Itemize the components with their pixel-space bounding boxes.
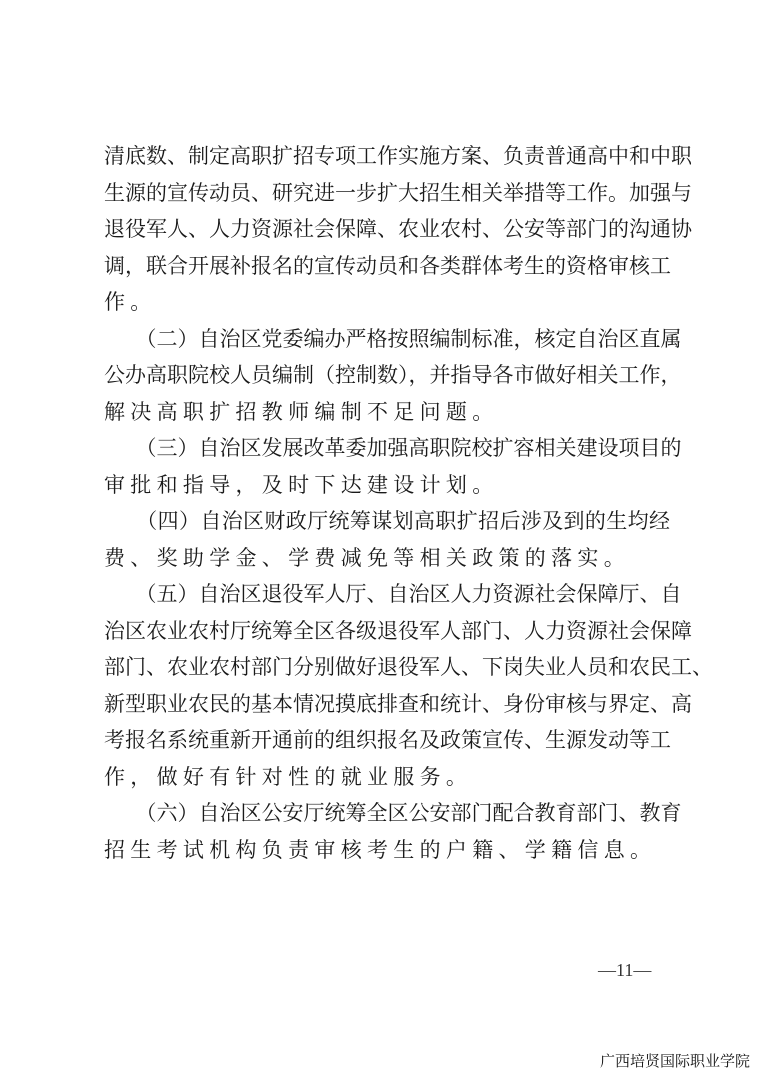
section-6-heading-line: （六）自治区公安厅统筹全区公安部门配合教育部门、教育 <box>104 798 670 828</box>
section-5-heading-line: （五）自治区退役军人厅、自治区人力资源社会保障厅、自 <box>104 579 670 609</box>
section-2-heading-line: （二）自治区党委编办严格按照编制标准，核定自治区直属 <box>104 324 670 354</box>
section-3-heading-line: （三）自治区发展改革委加强高职院校扩容相关建设项目的 <box>104 433 670 463</box>
page-number: —11— <box>598 960 651 981</box>
text-line: 审批和指导，及时下达建设计划。 <box>104 470 670 500</box>
text-line: 新型职业农民的基本情况摸底排查和统计、身份审核与界定、高 <box>104 689 670 719</box>
text-line: 考报名系统重新开通前的组织报名及政策宣传、生源发动等工 <box>104 725 670 755</box>
text-line: 退役军人、人力资源社会保障、农业农村、公安等部门的沟通协 <box>104 214 670 244</box>
text-line: 公办高职院校人员编制（控制数），并指导各市做好相关工作， <box>104 360 670 390</box>
text-line: 招生考试机构负责审核考生的户籍、学籍信息。 <box>104 835 670 865</box>
text-line: 作，做好有针对性的就业服务。 <box>104 762 670 792</box>
text-line: 作。 <box>104 287 670 317</box>
text-line: 清底数、制定高职扩招专项工作实施方案、负责普通高中和中职 <box>104 141 670 171</box>
text-line: 费、奖助学金、学费减免等相关政策的落实。 <box>104 543 670 573</box>
section-4-heading-line: （四）自治区财政厅统筹谋划高职扩招后涉及到的生均经 <box>104 506 670 536</box>
document-page: 清底数、制定高职扩招专项工作实施方案、负责普通高中和中职 生源的宣传动员、研究进… <box>0 0 764 1080</box>
footer-organization: 广西培贤国际职业学院 <box>600 1050 750 1071</box>
text-line: 生源的宣传动员、研究进一步扩大招生相关举措等工作。加强与 <box>104 178 670 208</box>
text-line: 解决高职扩招教师编制不足问题。 <box>104 397 670 427</box>
text-line: 治区农业农村厅统筹全区各级退役军人部门、人力资源社会保障 <box>104 616 670 646</box>
text-line: 调，联合开展补报名的宣传动员和各类群体考生的资格审核工 <box>104 251 670 281</box>
text-line: 部门、农业农村部门分别做好退役军人、下岗失业人员和农民工、 <box>104 652 670 682</box>
